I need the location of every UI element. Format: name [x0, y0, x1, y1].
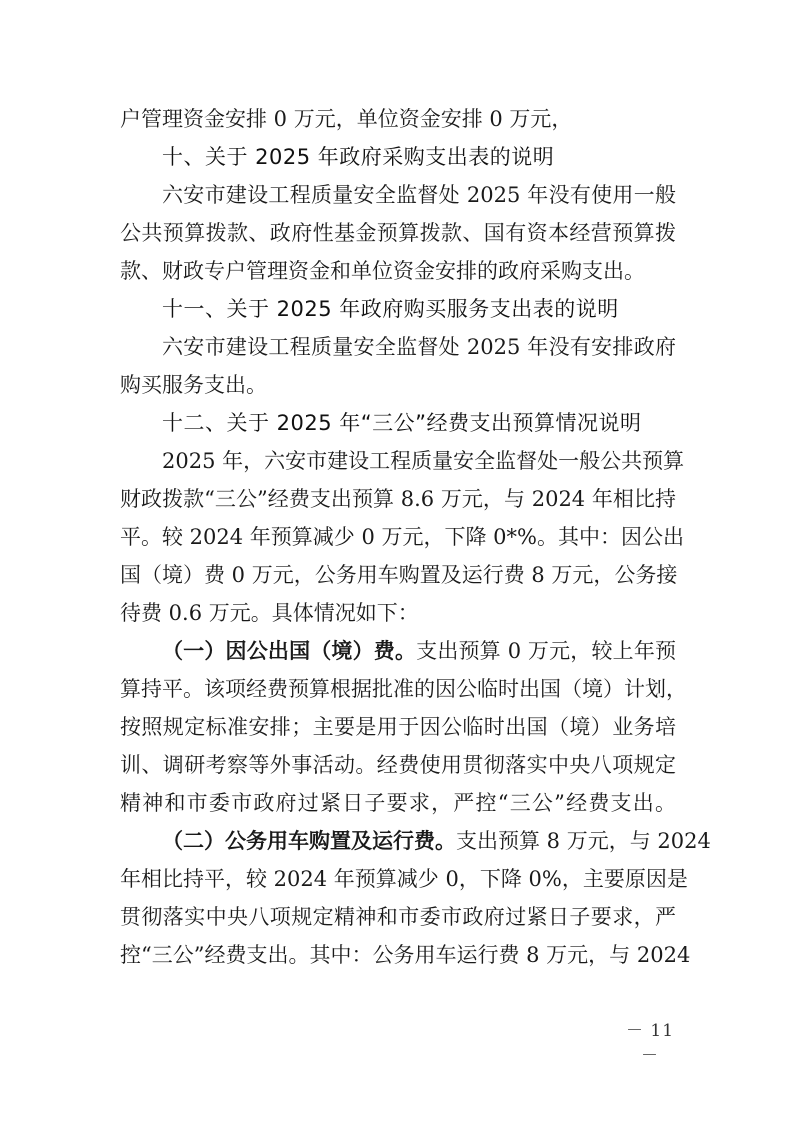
- paragraph-line: 2025 年，六安市建设工程质量安全监督处一般公共预算: [162, 442, 676, 480]
- paragraph-line: 贯彻落实中央八项规定精神和市委市政府过紧日子要求，严: [120, 898, 676, 936]
- paragraph-line: 户管理资金安排 0 万元，单位资金安排 0 万元，: [120, 100, 676, 138]
- subsection-title-2: （二）公务用车购置及运行费。: [162, 829, 456, 853]
- paragraph-line: 公共预算拨款、政府性基金预算拨款、国有资本经营预算拨: [120, 214, 676, 252]
- subsection-text: 支出预算 0 万元，较上年预: [416, 639, 676, 663]
- section-heading-11: 十一、关于 2025 年政府购买服务支出表的说明: [162, 290, 676, 328]
- page-number: － 11 －: [620, 1016, 680, 1066]
- paragraph-line: 控“三公”经费支出。其中：公务用车运行费 8 万元，与 2024: [120, 936, 676, 974]
- paragraph-line: 款、财政专户管理资金和单位资金安排的政府采购支出。: [120, 252, 676, 290]
- paragraph-line: 精神和市委市政府过紧日子要求，严控“三公”经费支出。: [120, 784, 676, 822]
- document-page: 户管理资金安排 0 万元，单位资金安排 0 万元， 十、关于 2025 年政府采…: [0, 0, 793, 1122]
- paragraph-line: 财政拨款“三公”经费支出预算 8.6 万元，与 2024 年相比持: [120, 480, 676, 518]
- subsection-text: 支出预算 8 万元，与 2024: [456, 829, 711, 853]
- paragraph-line: 平。较 2024 年预算减少 0 万元，下降 0*%。其中：因公出: [120, 518, 676, 556]
- subsection-line: （二）公务用车购置及运行费。支出预算 8 万元，与 2024: [162, 822, 676, 860]
- subsection-title-1: （一）因公出国（境）费。: [162, 639, 416, 663]
- paragraph-line: 六安市建设工程质量安全监督处 2025 年没有使用一般: [162, 176, 676, 214]
- paragraph-line: 购买服务支出。: [120, 366, 676, 404]
- subsection-line: （一）因公出国（境）费。支出预算 0 万元，较上年预: [162, 632, 676, 670]
- paragraph-line: 算持平。该项经费预算根据批准的因公临时出国（境）计划，: [120, 670, 676, 708]
- paragraph-line: 年相比持平，较 2024 年预算减少 0，下降 0%，主要原因是: [120, 860, 676, 898]
- paragraph-line: 国（境）费 0 万元，公务用车购置及运行费 8 万元，公务接: [120, 556, 676, 594]
- section-heading-12: 十二、关于 2025 年“三公”经费支出预算情况说明: [162, 404, 676, 442]
- section-heading-10: 十、关于 2025 年政府采购支出表的说明: [162, 138, 676, 176]
- paragraph-line: 训、调研考察等外事活动。经费使用贯彻落实中央八项规定: [120, 746, 676, 784]
- paragraph-line: 按照规定标准安排；主要是用于因公临时出国（境）业务培: [120, 708, 676, 746]
- paragraph-line: 待费 0.6 万元。具体情况如下：: [120, 594, 676, 632]
- paragraph-line: 六安市建设工程质量安全监督处 2025 年没有安排政府: [162, 328, 676, 366]
